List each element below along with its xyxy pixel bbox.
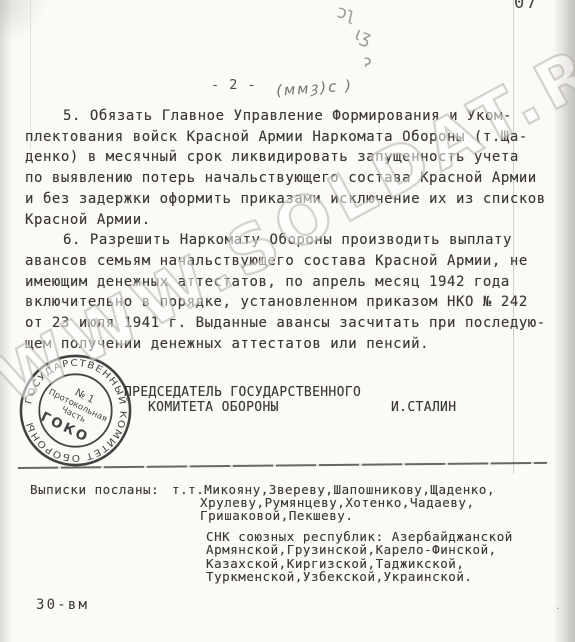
handwritten-pencil-mark: ɩʒ xyxy=(352,24,375,50)
scanned-document-page: 07 - 2 - ɔʅ ɩʒ ɂ (ммȝ)с ) · 5. Обязать Г… xyxy=(0,0,575,642)
handwritten-pencil-mark: ɔʅ xyxy=(335,1,358,26)
signature-title-line-2: КОМИТЕТА ОБОРОНЫ xyxy=(148,400,279,415)
paragraph-6: 6. Разрешить Наркомату Обороны производи… xyxy=(25,230,565,354)
typist-initials: 30-вм xyxy=(36,597,89,613)
distribution-recipients-rest: Хрулеву,Румянцеву,Хотенко,Чадаеву, Гриша… xyxy=(200,496,475,523)
handwritten-dot: · xyxy=(556,602,560,615)
handwritten-ink-note: (ммȝ)с ) xyxy=(275,76,353,99)
round-stamp-icon: ГОСУДАРСТВЕННЫЙ КОМИТЕТ ОБОРОНЫ № 1 Прот… xyxy=(16,351,135,470)
page-number: - 2 - xyxy=(211,77,257,93)
distribution-label: Выписки посланы: xyxy=(30,483,159,496)
top-left-smudge xyxy=(0,0,50,44)
handwritten-pencil-mark: ɂ xyxy=(361,51,373,72)
distribution-snk-republics: СНК союзных республик: Азербайджанской А… xyxy=(206,530,513,583)
document-body: 5. Обязать Главное Управление Формирован… xyxy=(25,106,565,354)
left-scan-edge xyxy=(0,0,13,642)
paragraph-5: 5. Обязать Главное Управление Формирован… xyxy=(25,106,565,230)
corner-page-stamp-number: 07 xyxy=(514,0,538,13)
signature-name: И.СТАЛИН xyxy=(391,400,456,415)
signature-title-line-1: ПРЕДСЕДАТЕЛЬ ГОСУДАРСТВЕННОГО xyxy=(124,385,361,400)
